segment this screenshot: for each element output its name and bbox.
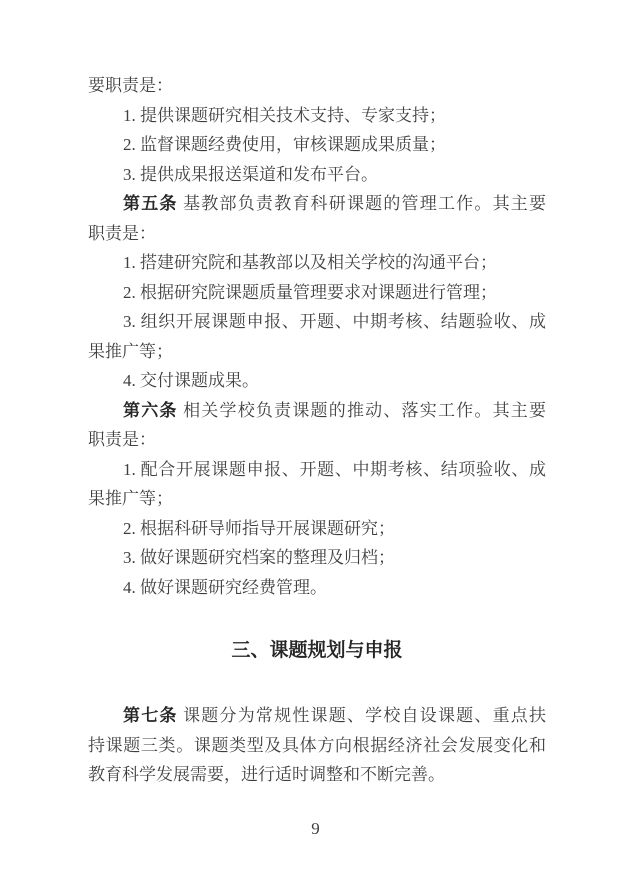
document-body: 要职责是： 1. 提供课题研究相关技术支持、专家支持； 2. 监督课题经费使用，…: [88, 71, 546, 790]
line-text: 相关学校负责课题的推动、落实工作。其主要: [178, 401, 546, 420]
text-line: 1. 配合开展课题申报、开题、中期考核、结项验收、成: [88, 455, 546, 485]
page-number: 9: [0, 819, 631, 839]
text-line: 4. 交付课题成果。: [88, 366, 546, 396]
text-line: 果推广等；: [88, 484, 546, 514]
text-line: 果推广等；: [88, 337, 546, 367]
section-heading: 三、课题规划与申报: [88, 636, 546, 666]
article-term: 第五条: [123, 194, 178, 213]
document-page: 要职责是： 1. 提供课题研究相关技术支持、专家支持； 2. 监督课题经费使用，…: [0, 0, 631, 872]
text-line: 教育科学发展需要，进行适时调整和不断完善。: [88, 760, 546, 790]
text-line: 2. 根据科研导师指导开展课题研究；: [88, 514, 546, 544]
line-text: 基教部负责教育科研课题的管理工作。其主要: [178, 194, 546, 213]
text-line: 1. 提供课题研究相关技术支持、专家支持；: [88, 101, 546, 131]
text-line: 要职责是：: [88, 71, 546, 101]
text-line: 职责是：: [88, 219, 546, 249]
article-term: 第六条: [123, 401, 178, 420]
text-line: 3. 做好课题研究档案的整理及归档；: [88, 543, 546, 573]
article-term: 第七条: [123, 706, 178, 725]
text-line: 持课题三类。课题类型及具体方向根据经济社会发展变化和: [88, 731, 546, 761]
text-line: 第六条 相关学校负责课题的推动、落实工作。其主要: [88, 396, 546, 426]
line-text: 课题分为常规性课题、学校自设课题、重点扶: [178, 706, 546, 725]
text-line: 2. 根据研究院课题质量管理要求对课题进行管理；: [88, 278, 546, 308]
text-line: 2. 监督课题经费使用，审核课题成果质量；: [88, 130, 546, 160]
text-line: 第五条 基教部负责教育科研课题的管理工作。其主要: [88, 189, 546, 219]
text-line: 职责是：: [88, 425, 546, 455]
text-line: 第七条 课题分为常规性课题、学校自设课题、重点扶: [88, 701, 546, 731]
text-line: 3. 提供成果报送渠道和发布平台。: [88, 160, 546, 190]
text-line: 1. 搭建研究院和基教部以及相关学校的沟通平台；: [88, 248, 546, 278]
text-line: 3. 组织开展课题申报、开题、中期考核、结题验收、成: [88, 307, 546, 337]
text-line: 4. 做好课题研究经费管理。: [88, 573, 546, 603]
